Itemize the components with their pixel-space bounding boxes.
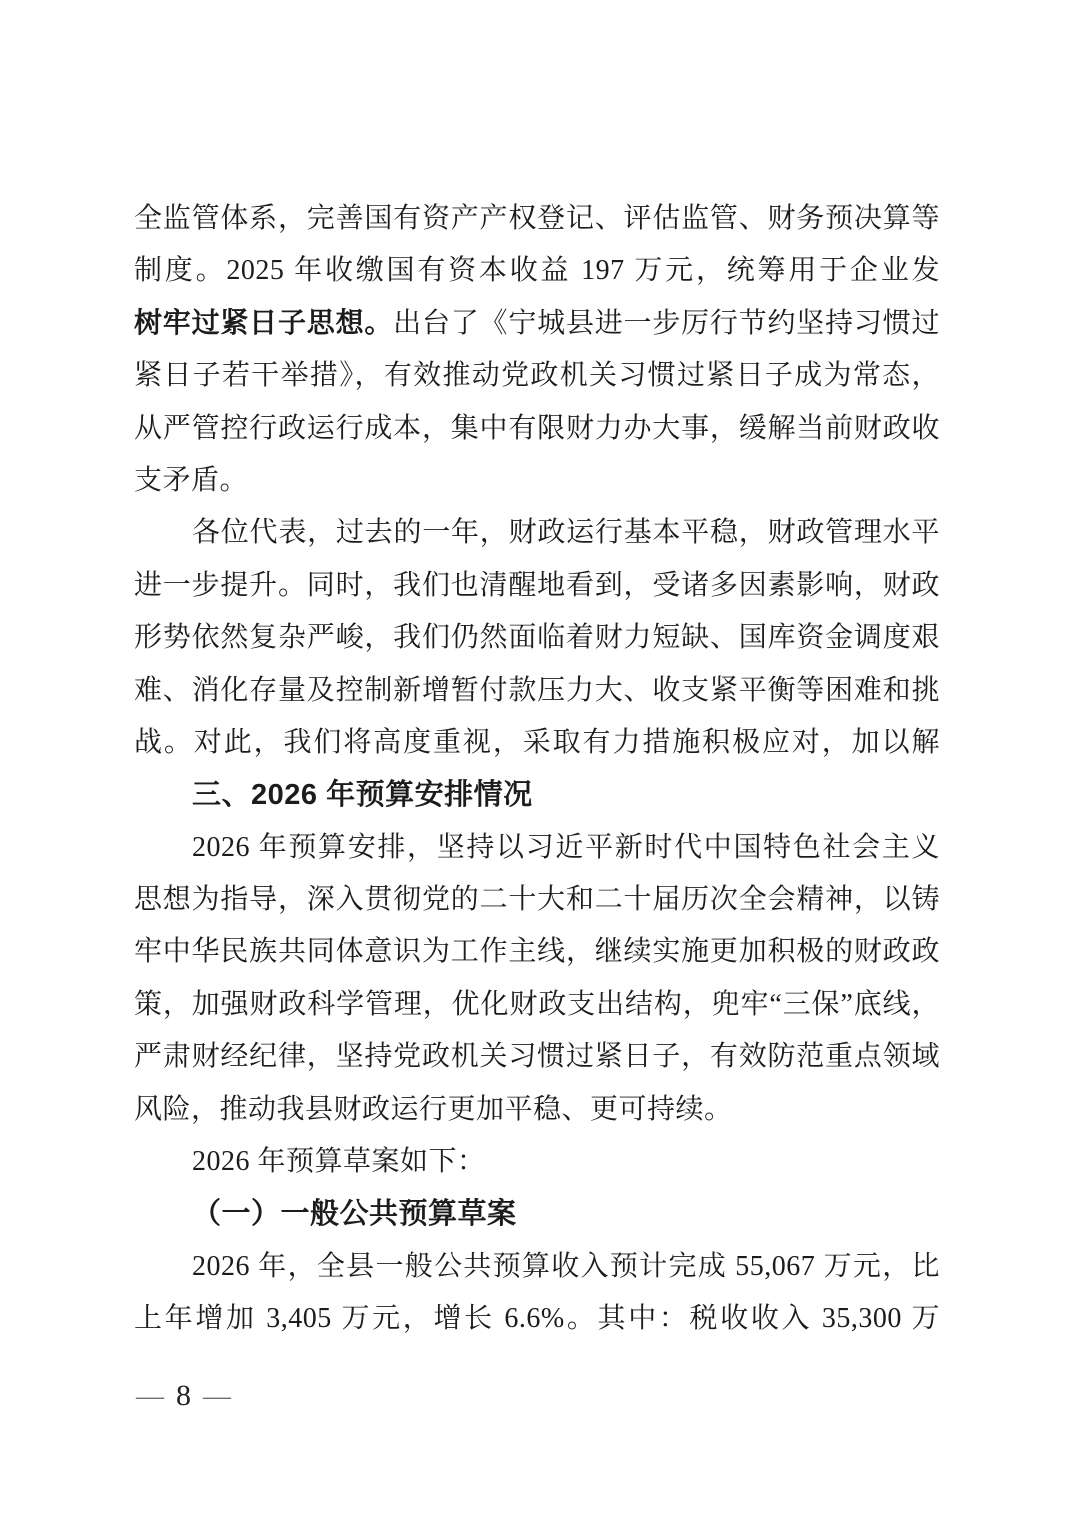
text-segment: 出台了《宁城县进一步厉行节约坚持习惯过 [393, 308, 940, 339]
text-line: 支矛盾。 [134, 455, 940, 507]
text-line: 策，加强财政科学管理，优化财政支出结构，兜牢“三保”底线， [134, 979, 940, 1031]
text-segment: 难、消化存量及控制新增暂付款压力大、收支紧平衡等困难和挑 [134, 675, 940, 706]
text-line: 牢中华民族共同体意识为工作主线，继续实施更加积极的财政政 [134, 926, 940, 978]
text-line: 各位代表，过去的一年，财政运行基本平稳，财政管理水平 [134, 507, 940, 559]
text-line: 风险，推动我县财政运行更加平稳、更可持续。 [134, 1084, 940, 1136]
text-segment: 进一步提升。同时，我们也清醒地看到，受诸多因素影响，财政 [134, 570, 940, 601]
bold-text-segment: 树牢过紧日子思想。 [134, 308, 393, 339]
text-segment: 各位代表，过去的一年，财政运行基本平稳，财政管理水平 [192, 517, 940, 548]
page-footer: —8— [136, 1376, 231, 1416]
text-line: 思想为指导，深入贯彻党的二十大和二十届历次全会精神，以铸 [134, 874, 940, 926]
text-line: 严肃财经纪律，坚持党政机关习惯过紧日子，有效防范重点领域 [134, 1031, 940, 1083]
text-line: 2026 年预算安排，坚持以习近平新时代中国特色社会主义 [134, 822, 940, 874]
text-line: 2026 年，全县一般公共预算收入预计完成 55,067 万元，比 [134, 1241, 940, 1293]
text-segment: 支矛盾。 [134, 465, 248, 496]
text-segment: 从严管控行政运行成本，集中有限财力办大事，缓解当前财政收 [134, 413, 940, 444]
document-body: 全监管体系，完善国有资产产权登记、评估监管、财务预决算等制度。2025 年收缴国… [134, 193, 940, 1346]
bold-text-segment: （一）一般公共预算草案 [192, 1198, 517, 1230]
text-segment: 牢中华民族共同体意识为工作主线，继续实施更加积极的财政政 [134, 936, 940, 967]
text-line: 战。对此，我们将高度重视，采取有力措施积极应对，加以解决。 [134, 717, 940, 769]
text-line: 难、消化存量及控制新增暂付款压力大、收支紧平衡等困难和挑 [134, 665, 940, 717]
text-segment: 全监管体系，完善国有资产产权登记、评估监管、财务预决算等 [134, 203, 940, 234]
text-line: 形势依然复杂严峻，我们仍然面临着财力短缺、国库资金调度艰 [134, 612, 940, 664]
text-segment: 战。对此，我们将高度重视，采取有力措施积极应对，加以解决。 [134, 727, 940, 769]
page-number: 8 [176, 1379, 191, 1412]
text-line: 全监管体系，完善国有资产产权登记、评估监管、财务预决算等 [134, 193, 940, 245]
text-segment: 制度。2025 年收缴国有资本收益 197 万元，统筹用于企业发展。 [134, 255, 940, 297]
text-line: 紧日子若干举措》，有效推动党政机关习惯过紧日子成为常态， [134, 350, 940, 402]
text-line: 上年增加 3,405 万元，增长 6.6%。其中：税收收入 35,300 万元， [134, 1293, 940, 1345]
text-line: 三、2026 年预算安排情况 [134, 769, 940, 821]
text-line: 从严管控行政运行成本，集中有限财力办大事，缓解当前财政收 [134, 403, 940, 455]
text-segment: 2026 年预算草案如下： [192, 1146, 486, 1177]
text-segment: 严肃财经纪律，坚持党政机关习惯过紧日子，有效防范重点领域 [134, 1041, 940, 1072]
footer-dash-right: — [203, 1381, 231, 1412]
text-line: 2026 年预算草案如下： [134, 1136, 940, 1188]
footer-dash-left: — [136, 1381, 164, 1412]
text-line: 制度。2025 年收缴国有资本收益 197 万元，统筹用于企业发展。 [134, 245, 940, 297]
document-page: 全监管体系，完善国有资产产权登记、评估监管、财务预决算等制度。2025 年收缴国… [0, 0, 1074, 1520]
text-line: （一）一般公共预算草案 [134, 1188, 940, 1240]
text-segment: 上年增加 3,405 万元，增长 6.6%。其中：税收收入 35,300 万元， [134, 1303, 940, 1345]
text-segment: 形势依然复杂严峻，我们仍然面临着财力短缺、国库资金调度艰 [134, 622, 940, 653]
text-line: 进一步提升。同时，我们也清醒地看到，受诸多因素影响，财政 [134, 560, 940, 612]
text-line: 树牢过紧日子思想。出台了《宁城县进一步厉行节约坚持习惯过 [134, 298, 940, 350]
text-segment: 风险，推动我县财政运行更加平稳、更可持续。 [134, 1094, 733, 1125]
text-segment: 思想为指导，深入贯彻党的二十大和二十届历次全会精神，以铸 [134, 884, 940, 915]
text-segment: 策，加强财政科学管理，优化财政支出结构，兜牢“三保”底线， [134, 989, 940, 1020]
text-segment: 紧日子若干举措》，有效推动党政机关习惯过紧日子成为常态， [134, 360, 940, 391]
text-segment: 2026 年预算安排，坚持以习近平新时代中国特色社会主义 [192, 832, 940, 863]
text-segment: 2026 年，全县一般公共预算收入预计完成 55,067 万元，比 [192, 1251, 940, 1282]
bold-text-segment: 三、2026 年预算安排情况 [192, 779, 533, 811]
